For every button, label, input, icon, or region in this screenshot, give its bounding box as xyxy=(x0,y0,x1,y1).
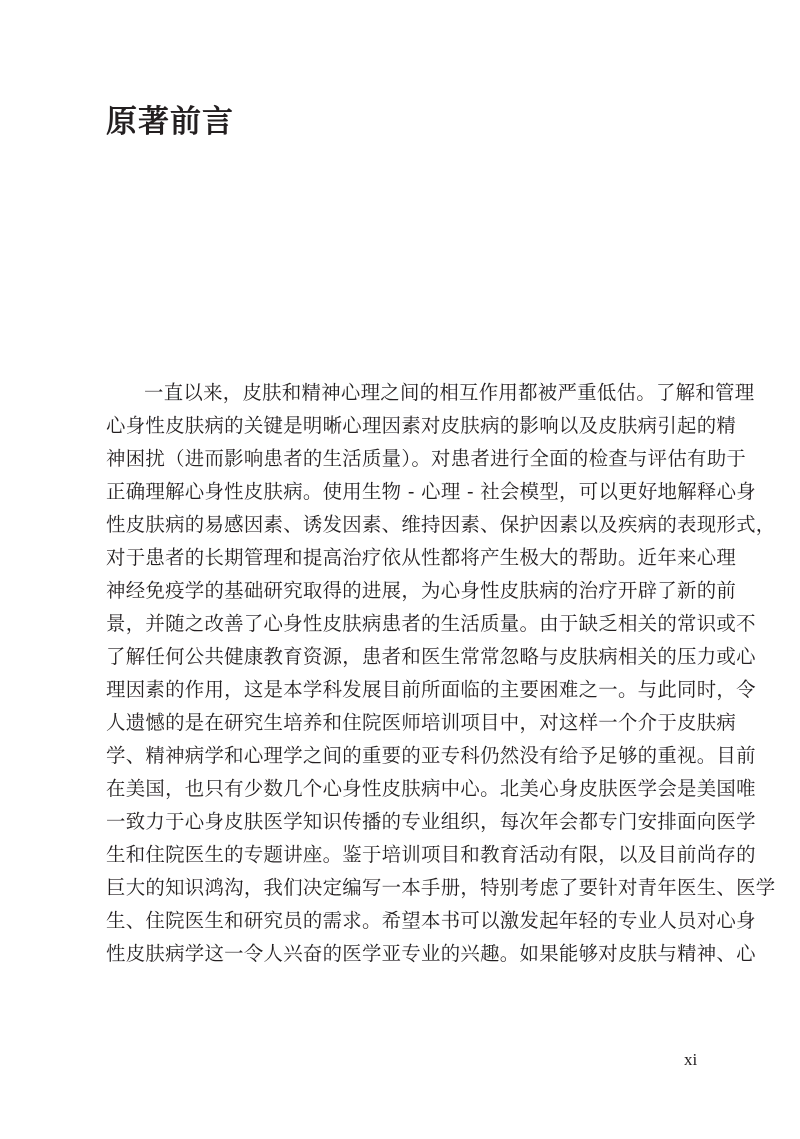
text-line: 一直以来，皮肤和精神心理之间的相互作用都被严重低估。了解和管理 xyxy=(106,376,698,409)
text-line: 心身性皮肤病的关键是明晰心理因素对皮肤病的影响以及皮肤病引起的精 xyxy=(106,409,698,442)
text-line: 一致力于心身皮肤医学知识传播的专业组织，每次年会都专门安排面向医学 xyxy=(106,805,698,838)
text-line: 理因素的作用，这是本学科发展目前所面临的主要困难之一。与此同时，令 xyxy=(106,673,698,706)
text-line: 正确理解心身性皮肤病。使用生物 - 心理 - 社会模型，可以更好地解释心身 xyxy=(106,475,698,508)
text-line: 生和住院医生的专题讲座。鉴于培训项目和教育活动有限，以及目前尚存的 xyxy=(106,838,698,871)
text-line: 生、住院医生和研究员的需求。希望本书可以激发起年轻的专业人员对心身 xyxy=(106,904,698,937)
page-title: 原著前言 xyxy=(106,100,234,144)
page-number: xi xyxy=(684,1050,697,1070)
text-line: 学、精神病学和心理学之间的重要的亚专科仍然没有给予足够的重视。目前 xyxy=(106,739,698,772)
text-line: 神困扰（进而影响患者的生活质量）。对患者进行全面的检查与评估有助于 xyxy=(106,442,698,475)
text-line: 人遗憾的是在研究生培养和住院医师培训项目中，对这样一个介于皮肤病 xyxy=(106,706,698,739)
text-line: 了解任何公共健康教育资源，患者和医生常常忽略与皮肤病相关的压力或心 xyxy=(106,640,698,673)
text-line: 性皮肤病学这一令人兴奋的医学亚专业的兴趣。如果能够对皮肤与精神、心 xyxy=(106,937,698,970)
text-line: 神经免疫学的基础研究取得的进展，为心身性皮肤病的治疗开辟了新的前 xyxy=(106,574,698,607)
text-line: 对于患者的长期管理和提高治疗依从性都将产生极大的帮助。近年来心理 xyxy=(106,541,698,574)
text-line: 巨大的知识鸿沟，我们决定编写一本手册，特别考虑了要针对青年医生、医学 xyxy=(106,871,698,904)
text-line: 在美国，也只有少数几个心身性皮肤病中心。北美心身皮肤医学会是美国唯 xyxy=(106,772,698,805)
text-line: 景，并随之改善了心身性皮肤病患者的生活质量。由于缺乏相关的常识或不 xyxy=(106,607,698,640)
preface-paragraph: 一直以来，皮肤和精神心理之间的相互作用都被严重低估。了解和管理 心身性皮肤病的关… xyxy=(106,376,698,970)
text-line: 性皮肤病的易感因素、诱发因素、维持因素、保护因素以及疾病的表现形式， xyxy=(106,508,698,541)
